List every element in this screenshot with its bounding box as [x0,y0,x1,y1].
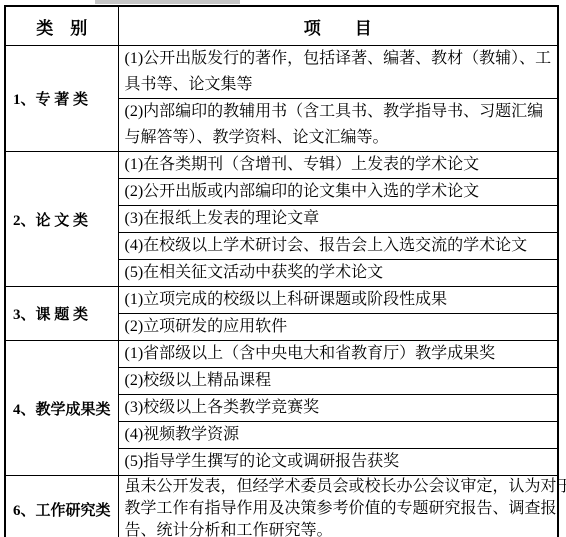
item-cell: (2)立项研发的应用软件 [118,314,558,341]
category-cell: 6、工作研究类 [5,476,118,537]
item-cell: (2)内部编印的教辅用书（含工具书、教学指导书、习题汇编与解答等）、教学资料、论… [118,99,558,152]
item-text: (1)立项完成的校级以上科研课题或阶段性成果 [125,287,556,313]
item-cell: (5)指导学生撰写的论文或调研报告获奖 [118,449,558,476]
item-text: (5)在相关征文活动中获奖的学术论文 [125,260,556,286]
item-cell: (1)立项完成的校级以上科研课题或阶段性成果 [118,287,558,314]
category-cell: 4、教学成果类 [5,341,118,476]
category-header-cell: 类 别 [5,6,118,46]
category-cell: 2、论 文 类 [5,152,118,287]
item-text: (3)校级以上各类教学竞赛奖 [125,395,556,421]
item-text: (2)校级以上精品课程 [125,368,556,394]
category-cell: 1、专 著 类 [5,46,118,152]
item-text: 虽未公开发表，但经学术委员会或校长办公会议审定，认为对于教学工作有指导作用及决策… [125,476,566,537]
item-cell: (4)视频教学资源 [118,422,558,449]
table-row: 6、工作研究类虽未公开发表，但经学术委员会或校长办公会议审定，认为对于教学工作有… [5,476,558,537]
item-text: (2)立项研发的应用软件 [125,314,556,340]
table-row: 1、专 著 类(1)公开出版发行的著作，包括译著、编著、教材（教辅）、工具书等、… [5,46,558,99]
item-text: (1)省部级以上（含中央电大和省教育厅）教学成果奖 [125,341,556,367]
item-text: (2)公开出版或内部编印的论文集中入选的学术论文 [125,179,556,205]
item-cell: (1)省部级以上（含中央电大和省教育厅）教学成果奖 [118,341,558,368]
header-row: 类 别 项 目 [5,6,558,46]
item-cell: (2)公开出版或内部编印的论文集中入选的学术论文 [118,179,558,206]
item-cell: (5)在相关征文活动中获奖的学术论文 [118,260,558,287]
item-cell: (3)校级以上各类教学竞赛奖 [118,395,558,422]
item-text: (4)视频教学资源 [125,422,556,448]
item-text: (5)指导学生撰写的论文或调研报告获奖 [125,449,556,475]
item-cell: 虽未公开发表，但经学术委员会或校长办公会议审定，认为对于教学工作有指导作用及决策… [118,476,558,537]
item-text: (3)在报纸上发表的理论文章 [125,206,556,232]
top-gray-strip [95,0,240,4]
item-cell: (2)校级以上精品课程 [118,368,558,395]
item-text: (1)公开出版发行的著作，包括译著、编著、教材（教辅）、工具书等、论文集等 [125,46,556,98]
item-cell: (1)公开出版发行的著作，包括译著、编著、教材（教辅）、工具书等、论文集等 [118,46,558,99]
table-body: 1、专 著 类(1)公开出版发行的著作，包括译著、编著、教材（教辅）、工具书等、… [5,46,558,537]
item-cell: (3)在报纸上发表的理论文章 [118,206,558,233]
item-text: (2)内部编印的教辅用书（含工具书、教学指导书、习题汇编与解答等）、教学资料、论… [125,99,556,151]
table-row: 4、教学成果类(1)省部级以上（含中央电大和省教育厅）教学成果奖 [5,341,558,368]
category-cell: 3、课 题 类 [5,287,118,341]
item-text: (4)在校级以上学术研讨会、报告会上入选交流的学术论文 [125,233,556,259]
item-text: (1)在各类期刊（含增刊、专辑）上发表的学术论文 [125,152,556,178]
item-cell: (1)在各类期刊（含增刊、专辑）上发表的学术论文 [118,152,558,179]
category-item-table: 类 别 项 目 1、专 著 类(1)公开出版发行的著作，包括译著、编著、教材（教… [4,5,559,537]
table-row: 2、论 文 类(1)在各类期刊（含增刊、专辑）上发表的学术论文 [5,152,558,179]
table-row: 3、课 题 类(1)立项完成的校级以上科研课题或阶段性成果 [5,287,558,314]
item-cell: (4)在校级以上学术研讨会、报告会上入选交流的学术论文 [118,233,558,260]
item-header-cell: 项 目 [118,6,558,46]
document-page: 类 别 项 目 1、专 著 类(1)公开出版发行的著作，包括译著、编著、教材（教… [0,0,566,537]
